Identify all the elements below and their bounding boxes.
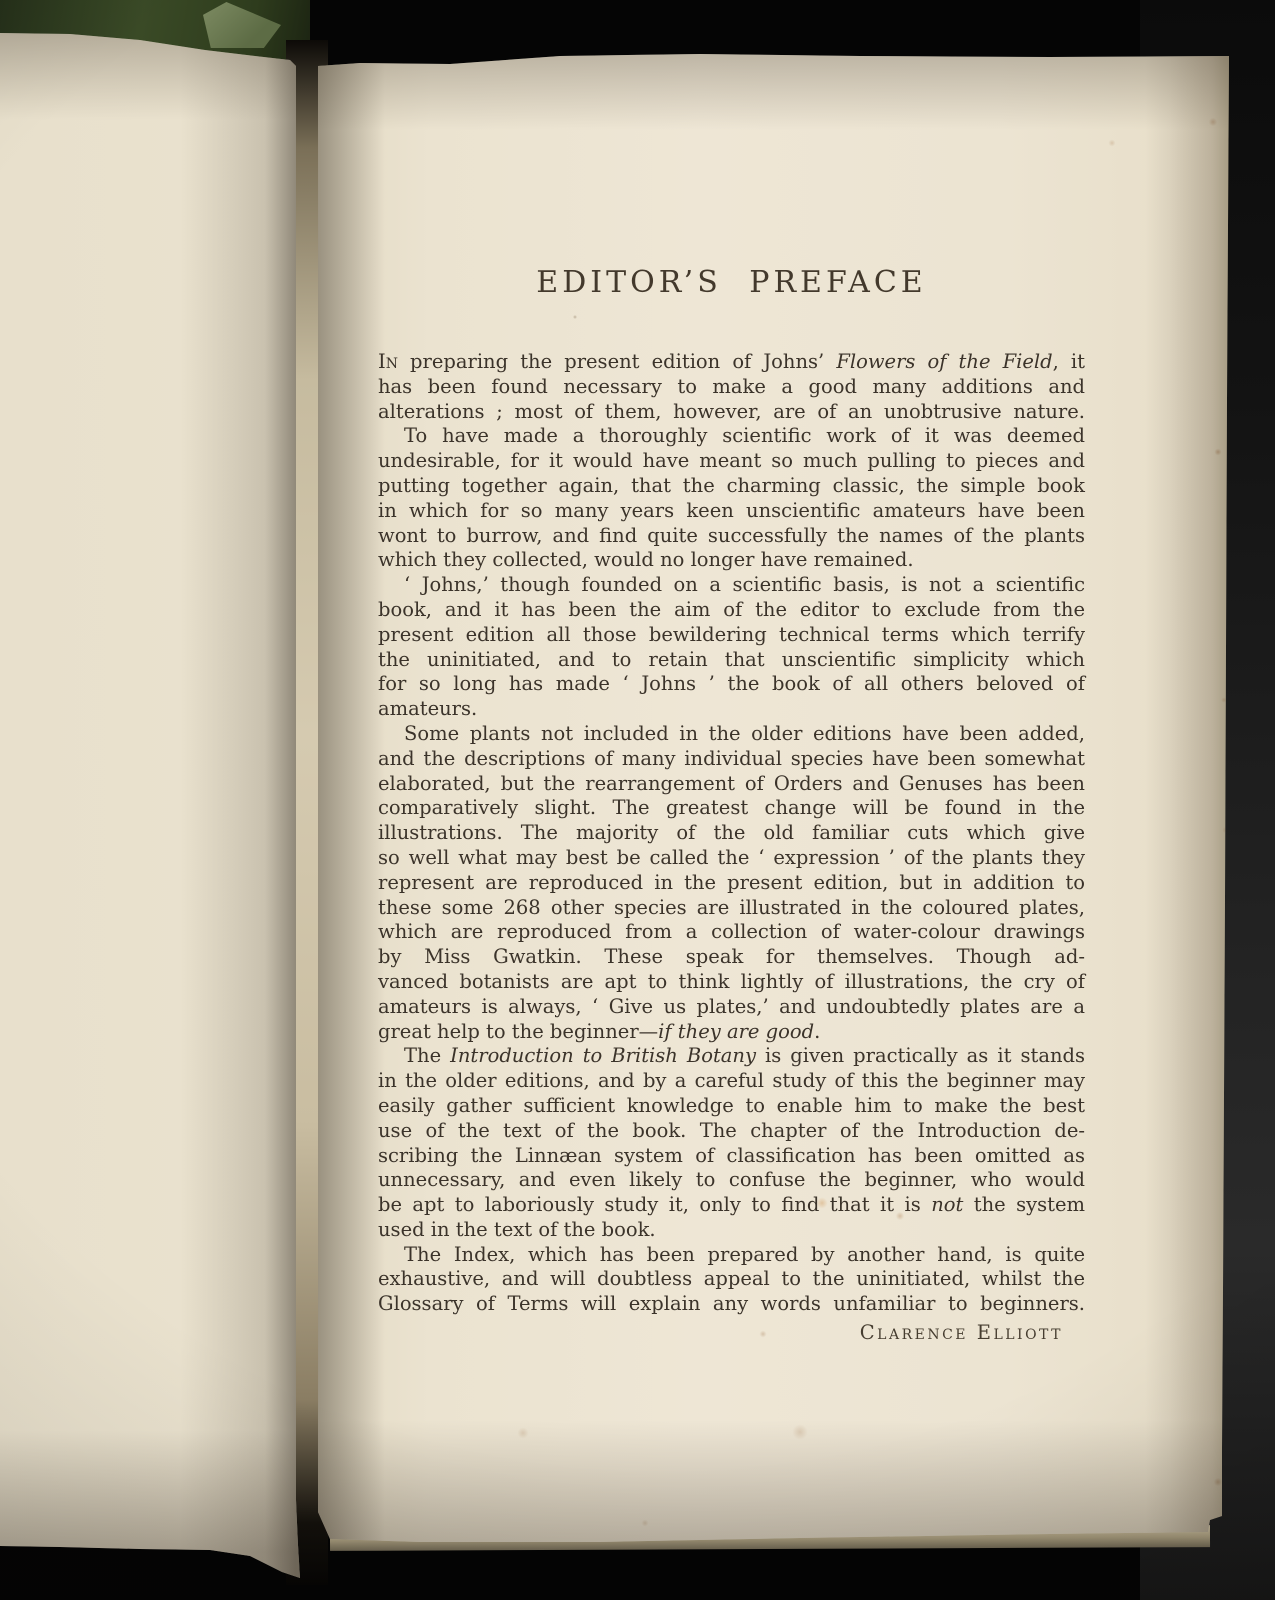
text-line: amateurs.	[378, 697, 1085, 722]
preface-body: In preparing the present edition of John…	[378, 350, 1085, 1317]
text-line: use of the text of the book. The chapter…	[378, 1119, 1085, 1144]
text-line: these some 268 other species are illustr…	[378, 896, 1085, 921]
text-line: for so long has made ‘ Johns ’ the book …	[378, 672, 1085, 697]
text-line: exhaustive, and will doubtless appeal to…	[378, 1267, 1085, 1292]
text-line: amateurs is always, ‘ Give us plates,’ a…	[378, 995, 1085, 1020]
text-line: The Introduction to British Botany is gi…	[378, 1044, 1085, 1069]
text-line: ‘ Johns,’ though founded on a scientific…	[378, 573, 1085, 598]
preface-paragraph: To have made a thoroughly scientific wor…	[378, 424, 1085, 573]
preface-paragraph: Some plants not included in the older ed…	[378, 722, 1085, 1044]
text-line: represent are reproduced in the present …	[378, 871, 1085, 896]
text-line: so well what may best be called the ‘ ex…	[378, 846, 1085, 871]
text-line: which they collected, would no longer ha…	[378, 548, 1085, 573]
text-line: alterations ; most of them, however, are…	[378, 400, 1085, 425]
text-line: undesirable, for it would have meant so …	[378, 449, 1085, 474]
preface-paragraph: In preparing the present edition of John…	[378, 350, 1085, 424]
text-line: elaborated, but the rearrangement of Ord…	[378, 772, 1085, 797]
text-line: which are reproduced from a collection o…	[378, 920, 1085, 945]
signature: Clarence Elliott	[378, 1320, 1085, 1345]
text-line: has been found necessary to make a good …	[378, 375, 1085, 400]
text-line: To have made a thoroughly scientific wor…	[378, 424, 1085, 449]
text-line: putting together again, that the charmin…	[378, 474, 1085, 499]
text-line: in which for so many years keen unscient…	[378, 499, 1085, 524]
book-photo: EDITOR’S PREFACE In preparing the presen…	[0, 0, 1275, 1600]
text-line: and the descriptions of many individual …	[378, 747, 1085, 772]
text-line: used in the text of the book.	[378, 1218, 1085, 1243]
text-line: great help to the beginner—if they are g…	[378, 1020, 1085, 1045]
text-line: by Miss Gwatkin. These speak for themsel…	[378, 945, 1085, 970]
text-line: illustrations. The majority of the old f…	[378, 821, 1085, 846]
text-line: be apt to laboriously study it, only to …	[378, 1193, 1085, 1218]
text-line: Some plants not included in the older ed…	[378, 722, 1085, 747]
preface-paragraph: The Index, which has been prepared by an…	[378, 1243, 1085, 1317]
text-line: present edition all those bewildering te…	[378, 623, 1085, 648]
text-line: The Index, which has been prepared by an…	[378, 1243, 1085, 1268]
text-line: book, and it has been the aim of the edi…	[378, 598, 1085, 623]
text-line: vanced botanists are apt to think lightl…	[378, 970, 1085, 995]
text-line: in the older editions, and by a careful …	[378, 1069, 1085, 1094]
preface-paragraph: The Introduction to British Botany is gi…	[378, 1044, 1085, 1242]
text-line: scribing the Linnæan system of classific…	[378, 1144, 1085, 1169]
text-line: the uninitiated, and to retain that unsc…	[378, 648, 1085, 673]
text-line: wont to burrow, and find quite successfu…	[378, 524, 1085, 549]
page-content: EDITOR’S PREFACE In preparing the presen…	[378, 266, 1085, 1345]
text-line: easily gather sufficient knowledge to en…	[378, 1094, 1085, 1119]
preface-paragraph: ‘ Johns,’ though founded on a scientific…	[378, 573, 1085, 722]
page-title: EDITOR’S PREFACE	[378, 266, 1085, 300]
text-line: comparatively slight. The greatest chang…	[378, 796, 1085, 821]
text-line: In preparing the present edition of John…	[378, 350, 1085, 375]
text-line: unnecessary, and even likely to confuse …	[378, 1168, 1085, 1193]
text-line: Glossary of Terms will explain any words…	[378, 1292, 1085, 1317]
